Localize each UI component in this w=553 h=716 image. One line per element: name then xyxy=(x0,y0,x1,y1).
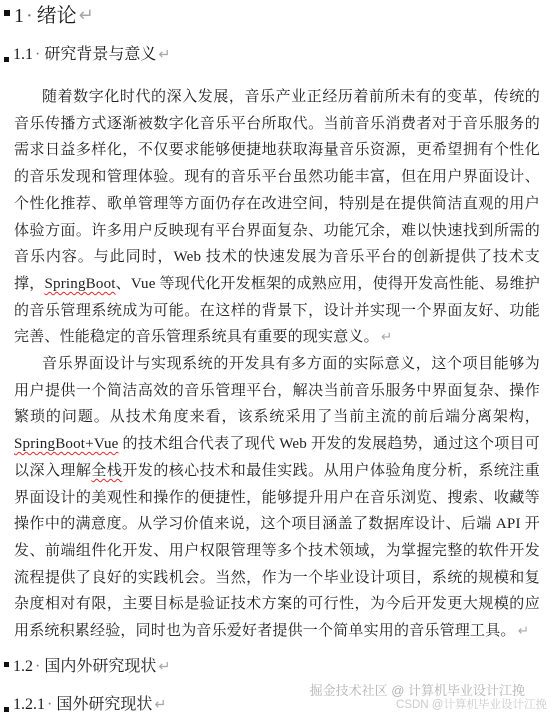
paragraph-mark-icon: ↵ xyxy=(381,329,393,345)
paragraph-mark-icon: ↵ xyxy=(154,695,166,715)
paragraph-background[interactable]: 随着数字化时代的深入发展，音乐产业正经历着前所未有的变革，传统的音乐传播方式逐渐… xyxy=(14,84,540,351)
paragraph-significance[interactable]: 音乐界面设计与实现系统的开发具有多方面的实际意义，这个项目能够为用户提供一个简洁… xyxy=(14,351,540,645)
space-mark: · xyxy=(35,45,40,65)
spellcheck-flagged-text: SpringBoot xyxy=(44,276,115,292)
heading-section-1-2[interactable]: 1.2 · 国内外研究现状 ↵ xyxy=(4,657,170,677)
text-run: 随着数字化时代的深入发展，音乐产业正经历着前所未有的变革，传统的音乐传播方式逐渐… xyxy=(14,89,540,292)
heading-number: 1 xyxy=(14,3,24,29)
spellcheck-flagged-text: SpringBoot+Vue xyxy=(14,436,119,452)
heading-title: 国外研究现状 xyxy=(56,695,152,715)
heading-number: 1.2.1 xyxy=(13,695,45,715)
text-run: 开发的核心技术和最佳实践。从用户体验角度分析，系统注重界面设计的美观性和操作的便… xyxy=(14,463,540,639)
heading-bullet-icon xyxy=(4,10,10,16)
heading-bullet-icon xyxy=(4,707,9,712)
space-mark: · xyxy=(47,695,52,715)
paragraph-mark-icon: ↵ xyxy=(158,657,170,677)
heading-bullet-icon xyxy=(4,662,9,667)
watermark-csdn: CSDN @计算机毕业设计江挽 xyxy=(396,696,547,712)
heading-section-1-1[interactable]: 1.1 · 研究背景与意义 ↵ xyxy=(4,45,170,65)
heading-title: 研究背景与意义 xyxy=(44,45,156,65)
paragraph-mark-icon: ↵ xyxy=(518,623,530,639)
text-run: 音乐界面设计与实现系统的开发具有多方面的实际意义，这个项目能够为用户提供一个简洁… xyxy=(14,356,540,425)
document-page: 1 · 绪论 ↵ 1.1 · 研究背景与意义 ↵ 随着数字化时代的深入发展，音乐… xyxy=(0,0,553,716)
heading-chapter-1[interactable]: 1 · 绪论 ↵ xyxy=(4,3,94,29)
heading-number: 1.2 xyxy=(13,657,33,677)
paragraph-mark-icon: ↵ xyxy=(79,3,94,29)
heading-title: 绪论 xyxy=(37,3,77,29)
body-text: 随着数字化时代的深入发展，音乐产业正经历着前所未有的变革，传统的音乐传播方式逐渐… xyxy=(14,84,540,645)
spellcheck-flagged-text: 全栈 xyxy=(91,463,122,479)
space-mark: · xyxy=(35,657,40,677)
heading-section-1-2-1[interactable]: 1.2.1 · 国外研究现状 ↵ xyxy=(4,695,166,715)
paragraph-mark-icon: ↵ xyxy=(158,45,170,65)
heading-title: 国内外研究现状 xyxy=(44,657,156,677)
heading-number: 1.1 xyxy=(13,45,33,65)
space-mark: · xyxy=(26,3,33,29)
heading-bullet-icon xyxy=(4,57,9,62)
